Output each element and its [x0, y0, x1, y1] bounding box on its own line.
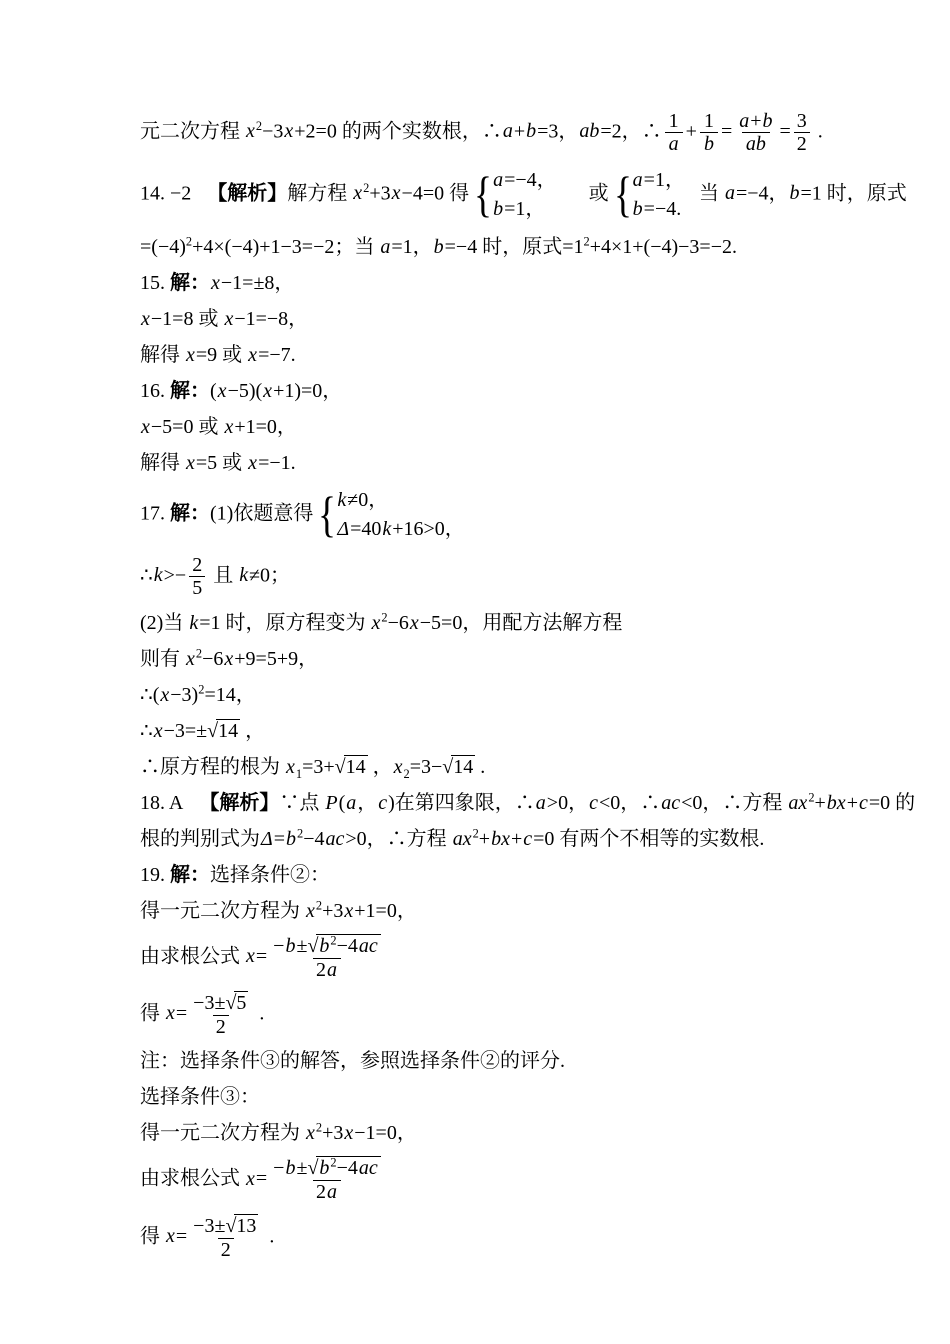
- spacer: [191, 198, 207, 199]
- radical-sign-icon: √: [207, 720, 216, 742]
- math-variable: x: [223, 648, 234, 670]
- cases-rows: k≠0，Δ=40k+16>0，: [336, 486, 464, 544]
- bold-label: 解：: [170, 380, 210, 402]
- math-line: 18. A【解析】∵点 P(a，c)在第四象限，∴a>0，c<0，∴ac<0，∴…: [140, 790, 860, 816]
- fraction: −b±√b2−4ac2a: [270, 1156, 384, 1203]
- radicand: b2−4ac: [316, 934, 380, 958]
- math-variable: x: [283, 120, 294, 142]
- fraction: −b±√b2−4ac2a: [270, 934, 384, 981]
- math-variable: x: [165, 1002, 176, 1024]
- fraction-numerator: −3±√5: [190, 991, 251, 1015]
- math-variable: x: [185, 452, 196, 474]
- left-brace-icon: {: [318, 492, 336, 537]
- math-text: −3): [170, 684, 198, 706]
- math-text: =: [256, 945, 267, 967]
- left-brace-icon: {: [474, 172, 492, 217]
- math-text: +: [479, 828, 490, 850]
- math-variable: a: [632, 169, 644, 191]
- math-text: −4: [303, 828, 324, 850]
- math-text: =−4，: [736, 182, 789, 204]
- math-text: 由求根公式: [140, 945, 245, 967]
- math-text: =1 时，原式: [801, 182, 907, 204]
- math-text: 1: [669, 110, 679, 132]
- fraction: a+bab: [735, 110, 776, 156]
- fraction: 1a: [665, 110, 683, 156]
- math-variable: x: [409, 612, 420, 634]
- math-variable: x: [217, 380, 228, 402]
- math-text: 得一元二次方程为: [140, 1122, 305, 1144]
- math-text: 17.: [140, 502, 170, 524]
- math-variable: a: [668, 133, 680, 155]
- radical-sign-icon: √: [225, 1215, 234, 1237]
- math-line: (2)当 k=1 时，原方程变为 x2−6x−5=0，用配方法解方程: [140, 610, 860, 636]
- math-line: 根的判别式为Δ=b2−4ac>0，∴方程 ax2+bx+c=0 有两个不相等的实…: [140, 826, 860, 852]
- math-text: 1: [704, 110, 714, 132]
- math-text: (: [210, 380, 217, 402]
- bold-label: 解：: [170, 864, 210, 886]
- math-variable: b: [285, 828, 297, 850]
- math-variable: a: [738, 110, 750, 132]
- math-variable: x: [210, 272, 221, 294]
- math-text: 注：选择条件③的解答，参照选择条件②的评分.: [140, 1050, 565, 1072]
- math-variable: x: [140, 416, 151, 438]
- math-text: 2: [192, 554, 202, 576]
- fraction-denominator: 2: [218, 1238, 234, 1261]
- math-variable: k: [238, 564, 249, 586]
- math-line: 由求根公式 x=−b±√b2−4ac2a: [140, 1156, 860, 1203]
- fraction-numerator: −3±√13: [190, 1214, 261, 1238]
- math-text: =1，: [391, 236, 432, 258]
- fraction-denominator: a: [665, 132, 683, 155]
- math-text: 5: [236, 992, 246, 1014]
- cases-group: {a=−4，b=1，: [471, 166, 557, 224]
- math-text: +1=0，: [354, 900, 417, 922]
- math-variable: x: [305, 1122, 316, 1144]
- math-text: 2: [216, 1016, 226, 1038]
- radical-sign-icon: √: [307, 935, 316, 957]
- math-text: (2)当: [140, 612, 188, 634]
- math-text: 则有: [140, 648, 185, 670]
- math-variable: x: [343, 900, 354, 922]
- math-text: >−: [164, 564, 187, 586]
- math-variable: a: [326, 1181, 338, 1203]
- math-text: )在第四象限，∴: [388, 792, 535, 814]
- cases-row: Δ=40k+16>0，: [336, 515, 464, 544]
- answer-document: 元二次方程 x2−3x+2=0 的两个实数根，∴a+b=3，ab=2，∴1a+1…: [140, 110, 860, 1271]
- fraction-denominator: b: [700, 132, 718, 155]
- math-variable: bx: [490, 828, 511, 850]
- math-variable: x: [343, 1122, 354, 1144]
- math-text: 选择条件②：: [210, 864, 330, 886]
- math-text: −4: [337, 935, 358, 957]
- fraction: 1b: [700, 110, 718, 156]
- math-text: ±: [296, 1157, 307, 1179]
- math-variable: x: [391, 182, 402, 204]
- fraction-denominator: ab: [742, 132, 770, 155]
- math-text: ∴原方程的根为: [140, 756, 285, 778]
- math-text: 14: [453, 756, 473, 778]
- math-variable: x: [371, 612, 382, 634]
- math-variable: c: [377, 792, 388, 814]
- radicand: 14: [216, 719, 240, 743]
- math-text: +1=0，: [234, 416, 297, 438]
- math-text: =: [780, 120, 791, 142]
- fraction-denominator: 2: [794, 132, 810, 155]
- math-text: 18. A: [140, 792, 183, 814]
- math-line: 由求根公式 x=−b±√b2−4ac2a: [140, 934, 860, 981]
- math-text: .: [475, 756, 485, 778]
- math-variable: ac: [325, 828, 346, 850]
- math-variable: ab: [745, 133, 767, 155]
- math-line: 19. 解：选择条件②：: [140, 862, 860, 888]
- math-line: =(−4)2+4×(−4)+1−3=−2；当 a=1，b=−4 时，原式=12+…: [140, 234, 860, 260]
- math-variable: ac: [660, 792, 681, 814]
- math-text: =: [176, 1002, 187, 1024]
- math-line: ∴k>−25 且 k≠0；: [140, 554, 860, 600]
- math-text: +: [750, 110, 761, 132]
- math-text: ∴: [140, 564, 153, 586]
- radicand: 14: [344, 755, 368, 779]
- math-line: 得 x=−3±√52 .: [140, 991, 860, 1038]
- math-text: =40: [350, 518, 381, 540]
- math-text: −: [273, 935, 284, 957]
- math-variable: b: [789, 182, 801, 204]
- cases-row: k≠0，: [336, 486, 388, 515]
- math-variable: b: [703, 133, 715, 155]
- bold-label: 解：: [170, 502, 210, 524]
- math-variable: a: [345, 792, 357, 814]
- math-text: ∵点: [279, 792, 324, 814]
- fraction: −3±√132: [190, 1214, 261, 1261]
- math-variable: Δ: [260, 828, 274, 850]
- math-text: .: [264, 1225, 274, 1247]
- fraction: 32: [794, 110, 810, 156]
- math-variable: x: [247, 452, 258, 474]
- math-text: .: [254, 1002, 264, 1024]
- radicand: 14: [451, 755, 475, 779]
- math-variable: b: [318, 935, 330, 957]
- math-text: ∴(: [140, 684, 159, 706]
- math-text: 2: [221, 1239, 231, 1261]
- math-text: =: [176, 1225, 187, 1247]
- math-text: +3: [369, 182, 390, 204]
- math-text: −6: [202, 648, 223, 670]
- math-text: =0 的: [869, 792, 915, 814]
- math-variable: b: [433, 236, 445, 258]
- math-text: =1，: [644, 169, 685, 191]
- math-variable: b: [318, 1157, 330, 1179]
- math-variable: x: [305, 900, 316, 922]
- math-line: 解得 x=5 或 x=−1.: [140, 450, 860, 476]
- math-variable: ax: [452, 828, 473, 850]
- math-text: =−4 时，原式=1: [445, 236, 584, 258]
- fraction: −3±√52: [190, 991, 251, 1038]
- math-variable: x: [159, 684, 170, 706]
- radicand: b2−4ac: [316, 1156, 380, 1180]
- math-text: 16.: [140, 380, 170, 402]
- math-text: =(−4): [140, 236, 186, 258]
- math-text: ，: [240, 720, 265, 742]
- math-variable: b: [525, 120, 537, 142]
- math-text: +: [815, 792, 826, 814]
- math-text: 3: [797, 110, 807, 132]
- math-variable: k: [153, 564, 164, 586]
- math-text: 2: [316, 1181, 326, 1203]
- math-variable: x: [185, 344, 196, 366]
- math-text: 2: [316, 959, 326, 981]
- math-text: =: [721, 120, 732, 142]
- math-text: +3: [322, 1122, 343, 1144]
- math-text: =: [274, 828, 285, 850]
- square-root: √b2−4ac: [307, 935, 380, 957]
- math-variable: x: [153, 720, 164, 742]
- math-text: −1=0，: [354, 1122, 417, 1144]
- math-text: (1)依题意得: [210, 502, 313, 524]
- math-text: +3: [322, 900, 343, 922]
- math-text: =0 有两个不相等的实数根.: [533, 828, 764, 850]
- math-variable: x: [245, 1168, 256, 1190]
- math-text: 选择条件③：: [140, 1086, 260, 1108]
- cases-group: {k≠0，Δ=40k+16>0，: [315, 486, 464, 544]
- math-text: +4×(−4)+1−3=−2；当: [192, 236, 379, 258]
- math-text: −3±: [193, 992, 225, 1014]
- math-text: −5)(: [228, 380, 263, 402]
- fraction-numerator: 1: [701, 110, 717, 132]
- math-line: 得一元二次方程为 x2+3x−1=0，: [140, 1120, 860, 1146]
- math-variable: b: [762, 110, 774, 132]
- math-text: =2，∴: [600, 120, 661, 142]
- math-text: 15.: [140, 272, 170, 294]
- math-variable: a: [502, 120, 514, 142]
- left-brace-icon: {: [614, 172, 632, 217]
- math-text: 5: [192, 577, 202, 599]
- cases-row: a=−4，: [492, 166, 557, 195]
- math-text: >0，∴方程: [345, 828, 451, 850]
- math-text: 得一元二次方程为: [140, 900, 305, 922]
- math-variable: x: [223, 416, 234, 438]
- math-text: −1=±8，: [221, 272, 295, 294]
- math-text: =5 或: [196, 452, 247, 474]
- math-text: =: [256, 1168, 267, 1190]
- math-text: −3: [262, 120, 283, 142]
- math-variable: x: [285, 756, 296, 778]
- square-root: √13: [225, 1215, 258, 1237]
- math-line: 选择条件③：: [140, 1084, 860, 1110]
- math-line: 15. 解：x−1=±8，: [140, 270, 860, 296]
- cases-group: {a=1，b=−4.: [611, 166, 685, 224]
- math-text: =14，: [204, 684, 255, 706]
- spacer: [183, 808, 199, 809]
- math-text: =−7.: [258, 344, 296, 366]
- math-text: ≠0；: [249, 564, 290, 586]
- math-text: ，: [357, 792, 377, 814]
- math-text: −1=8 或: [151, 308, 224, 330]
- math-text: <0，∴方程: [681, 792, 787, 814]
- math-variable: ab: [578, 120, 600, 142]
- cases-row: b=−4.: [632, 195, 682, 224]
- math-variable: x: [185, 648, 196, 670]
- math-text: ±: [296, 935, 307, 957]
- fraction-numerator: 1: [666, 110, 682, 132]
- cases-row: a=1，: [632, 166, 685, 195]
- math-variable: x: [352, 182, 363, 204]
- math-variable: k: [188, 612, 199, 634]
- math-text: >0，: [547, 792, 588, 814]
- math-text: +9=5+9，: [234, 648, 318, 670]
- math-text: =3+: [302, 756, 335, 778]
- radical-sign-icon: √: [307, 1157, 316, 1179]
- math-text: 13: [236, 1215, 256, 1237]
- math-text: +4×1+(−4)−3=−2.: [590, 236, 737, 258]
- bold-label: 解：: [170, 272, 210, 294]
- math-text: =1，: [504, 198, 545, 220]
- math-line: 17. 解：(1)依题意得{k≠0，Δ=40k+16>0，: [140, 486, 860, 544]
- math-variable: Δ: [336, 518, 350, 540]
- math-variable: a: [724, 182, 736, 204]
- fraction-denominator: 2a: [313, 958, 341, 981]
- math-variable: x: [223, 308, 234, 330]
- math-text: ≠0，: [347, 489, 388, 511]
- radical-sign-icon: √: [225, 992, 234, 1014]
- math-text: <0，∴: [599, 792, 660, 814]
- math-text: ，: [368, 756, 393, 778]
- math-text: −4: [337, 1157, 358, 1179]
- math-line: ∴原方程的根为 x1=3+√14 ，x2=3−√14 .: [140, 754, 860, 780]
- math-variable: b: [284, 1157, 296, 1179]
- math-line: 得一元二次方程为 x2+3x+1=0，: [140, 898, 860, 924]
- math-text: +16>0，: [392, 518, 465, 540]
- math-line: ∴x−3=±√14 ，: [140, 718, 860, 744]
- math-text: 19.: [140, 864, 170, 886]
- radical-sign-icon: √: [335, 756, 344, 778]
- math-text: 根的判别式为: [140, 828, 260, 850]
- math-line: x−1=8 或 x−1=−8，: [140, 306, 860, 332]
- math-variable: a: [379, 236, 391, 258]
- math-text: 当: [699, 182, 724, 204]
- radicand: 13: [234, 1214, 258, 1238]
- fraction-numerator: −b±√b2−4ac: [270, 934, 384, 958]
- square-root: √b2−4ac: [307, 1157, 380, 1179]
- math-line: ∴(x−3)2=14，: [140, 682, 860, 708]
- math-variable: ax: [787, 792, 808, 814]
- math-text: 2: [797, 133, 807, 155]
- math-text: =−1.: [258, 452, 296, 474]
- fraction-numerator: −b±√b2−4ac: [270, 1156, 384, 1180]
- math-text: 元二次方程: [140, 120, 245, 142]
- fraction: 25: [189, 554, 205, 600]
- math-text: −1=−8，: [234, 308, 308, 330]
- math-text: −3±: [193, 1215, 225, 1237]
- fraction-numerator: 2: [189, 554, 205, 576]
- radical-sign-icon: √: [442, 756, 451, 778]
- math-variable: a: [535, 792, 547, 814]
- math-variable: b: [284, 935, 296, 957]
- math-line: 元二次方程 x2−3x+2=0 的两个实数根，∴a+b=3，ab=2，∴1a+1…: [140, 110, 860, 156]
- bold-label: 【解析】: [199, 792, 279, 814]
- math-text: 得: [140, 1002, 165, 1024]
- math-text: 14: [346, 756, 366, 778]
- math-variable: b: [492, 198, 504, 220]
- math-text: −4=0 得: [402, 182, 470, 204]
- math-text: −5=0 或: [151, 416, 224, 438]
- fraction-denominator: 2a: [313, 1180, 341, 1203]
- math-variable: x: [245, 120, 256, 142]
- math-text: =−4，: [504, 169, 557, 191]
- math-text: +: [686, 120, 697, 142]
- math-variable: c: [522, 828, 533, 850]
- math-text: +: [511, 828, 522, 850]
- math-variable: x: [393, 756, 404, 778]
- math-variable: c: [588, 792, 599, 814]
- math-text: +: [514, 120, 525, 142]
- cases-rows: a=1，b=−4.: [632, 166, 685, 224]
- square-root: √5: [225, 992, 248, 1014]
- math-text: 14: [218, 720, 238, 742]
- math-text: .: [813, 120, 823, 142]
- math-variable: bx: [826, 792, 847, 814]
- math-variable: x: [245, 945, 256, 967]
- math-text: =1 时，原方程变为: [199, 612, 370, 634]
- spacer: [687, 198, 699, 199]
- math-text: +2=0 的两个实数根，∴: [294, 120, 502, 142]
- math-variable: a: [326, 959, 338, 981]
- math-text: =3，: [537, 120, 578, 142]
- math-text: 由求根公式: [140, 1168, 245, 1190]
- radicand: 5: [234, 991, 248, 1015]
- spacer: [559, 198, 589, 199]
- fraction-denominator: 2: [213, 1015, 229, 1038]
- math-variable: a: [492, 169, 504, 191]
- cases-rows: a=−4，b=1，: [492, 166, 557, 224]
- math-variable: c: [858, 792, 869, 814]
- math-variable: k: [336, 489, 347, 511]
- bold-label: 【解析】: [207, 182, 287, 204]
- math-text: 或: [589, 182, 609, 204]
- math-line: 则有 x2−6x+9=5+9，: [140, 646, 860, 672]
- math-text: 得: [140, 1225, 165, 1247]
- math-text: −: [273, 1157, 284, 1179]
- math-text: 14. −2: [140, 182, 191, 204]
- math-text: 解得: [140, 452, 185, 474]
- math-variable: ac: [358, 1157, 379, 1179]
- square-root: √14: [442, 756, 475, 778]
- fraction-numerator: a+b: [735, 110, 776, 132]
- square-root: √14: [335, 756, 368, 778]
- math-text: −6: [388, 612, 409, 634]
- fraction-numerator: 3: [794, 110, 810, 132]
- math-text: =9 或: [196, 344, 247, 366]
- math-text: ∴: [140, 720, 153, 742]
- math-variable: b: [632, 198, 644, 220]
- math-variable: ac: [358, 935, 379, 957]
- square-root: √14: [207, 720, 240, 742]
- math-line: 14. −2【解析】解方程 x2+3x−4=0 得{a=−4，b=1，或{a=1…: [140, 166, 860, 224]
- math-variable: x: [165, 1225, 176, 1247]
- math-text: =−4.: [644, 198, 682, 220]
- math-text: 解方程: [287, 182, 352, 204]
- cases-row: b=1，: [492, 195, 545, 224]
- fraction-denominator: 5: [189, 576, 205, 599]
- math-line: 得 x=−3±√132 .: [140, 1214, 860, 1261]
- math-variable: k: [381, 518, 392, 540]
- math-line: 注：选择条件③的解答，参照选择条件②的评分.: [140, 1048, 860, 1074]
- math-text: 且: [208, 564, 238, 586]
- math-variable: x: [262, 380, 273, 402]
- math-variable: P: [324, 792, 338, 814]
- math-text: −5=0，用配方法解方程: [420, 612, 623, 634]
- math-line: 16. 解：(x−5)(x+1)=0，: [140, 378, 860, 404]
- math-text: +1)=0，: [273, 380, 342, 402]
